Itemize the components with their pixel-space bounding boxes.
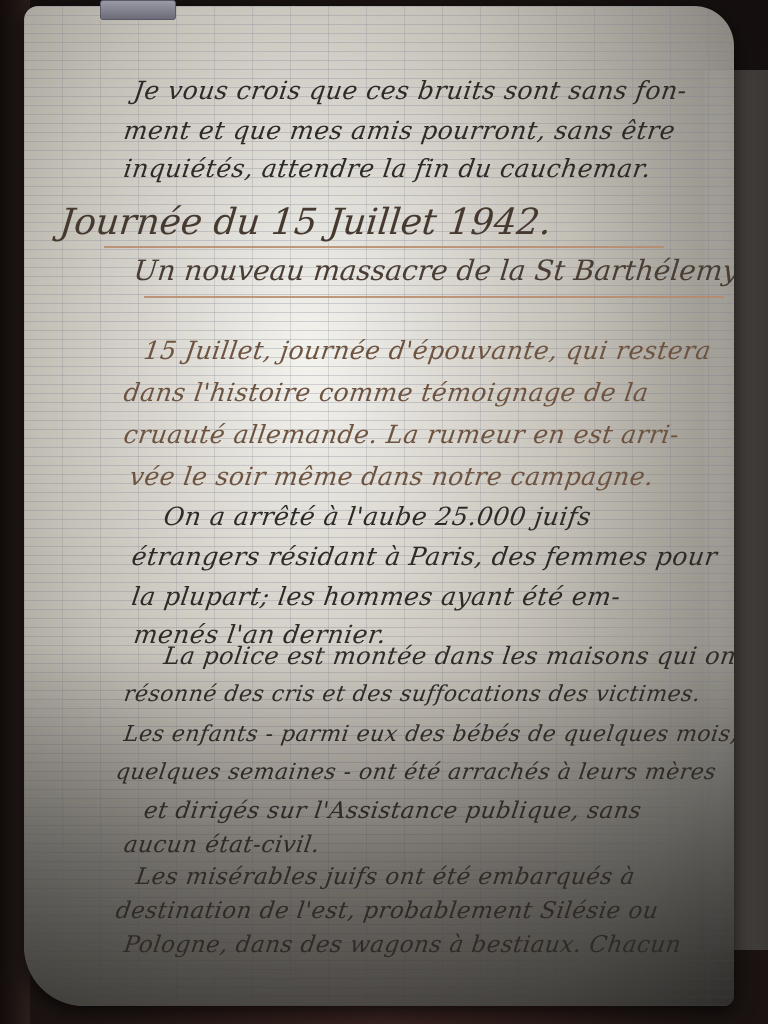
body-line: la plupart; les hommes ayant été em- (130, 582, 623, 611)
subtitle-underline (144, 296, 724, 298)
body-line: étrangers résidant à Paris, des femmes p… (130, 542, 719, 571)
body-line: Les enfants - parmi eux des bébés de que… (122, 722, 734, 747)
intro-line: inquiétés, attendre la fin du cauchemar. (122, 154, 653, 183)
body-line: 15 Juillet, journée d'épouvante, qui res… (142, 336, 713, 365)
body-line: et dirigés sur l'Assistance publique, sa… (142, 798, 643, 824)
body-line: On a arrêté à l'aube 25.000 juifs (162, 502, 593, 531)
body-line: vée le soir même dans notre campagne. (128, 462, 656, 491)
body-line: destination de l'est, probablement Silés… (114, 898, 660, 924)
body-line: dans l'histoire comme témoignage de la (122, 378, 651, 407)
body-line: cruauté allemande. La rumeur en est arri… (122, 420, 681, 449)
title-underline (104, 246, 664, 248)
body-line: Les misérables juifs ont été embarqués à (134, 864, 636, 890)
intro-line: ment et que mes amis pourront, sans être (122, 116, 677, 145)
body-line: Pologne, dans des wagons à bestiaux. Cha… (122, 932, 683, 958)
page-clip (100, 0, 176, 20)
body-line: quelques semaines - ont été arrachés à l… (114, 760, 718, 785)
intro-line: Je vous crois que ces bruits sont sans f… (132, 76, 689, 105)
body-line: aucun état-civil. (122, 832, 321, 858)
notebook-page: Je vous crois que ces bruits sont sans f… (24, 6, 734, 1006)
entry-subtitle: Un nouveau massacre de la St Barthélemy (132, 254, 734, 287)
handwritten-text: Je vous crois que ces bruits sont sans f… (24, 6, 734, 1006)
body-line: résonné des cris et des suffocations des… (122, 682, 702, 707)
entry-title: Journée du 15 Juillet 1942. (58, 202, 553, 243)
body-line: La police est montée dans les maisons qu… (162, 642, 734, 670)
